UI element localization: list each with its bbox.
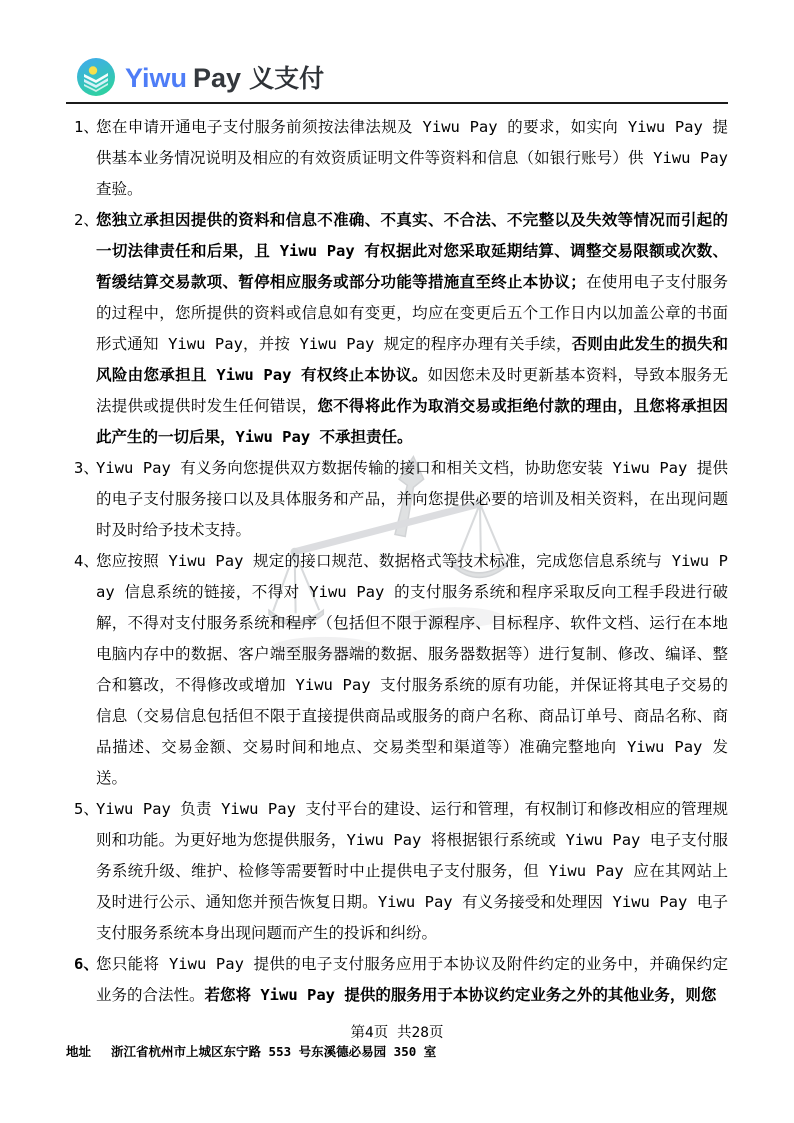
logo-word-yiwu: Yiwu bbox=[125, 63, 187, 94]
list-item: 3、Yiwu Pay 有义务向您提供双方数据传输的接口和相关文档，协助您安装 Y… bbox=[66, 453, 728, 546]
page-header: YiwuPay义支付 bbox=[66, 55, 728, 104]
item-text: Yiwu Pay 负责 Yiwu Pay 支付平台的建设、运行和管理，有权制订和… bbox=[96, 794, 728, 949]
list-item: 6、您只能将 Yiwu Pay 提供的电子支付服务应用于本协议及附件约定的业务中… bbox=[66, 949, 728, 1011]
list-item: 4、您应按照 Yiwu Pay 规定的接口规范、数据格式等技术标准，完成您信息系… bbox=[66, 546, 728, 794]
item-number: 6、 bbox=[66, 949, 96, 980]
text-segment: Yiwu Pay 有义务向您提供双方数据传输的接口和相关文档，协助您安装 Yiw… bbox=[96, 459, 728, 539]
list-item: 1、您在申请开通电子支付服务前须按法律法规及 Yiwu Pay 的要求，如实向 … bbox=[66, 112, 728, 205]
item-number: 1、 bbox=[66, 112, 96, 143]
logo-word-pay: Pay bbox=[193, 63, 241, 94]
yiwupay-logo-icon bbox=[76, 57, 116, 97]
item-number: 2、 bbox=[66, 205, 96, 236]
text-segment-bold: 若您将 Yiwu Pay 提供的服务用于本协议约定业务之外的其他业务，则您 bbox=[205, 986, 717, 1004]
item-text: 您独立承担因提供的资料和信息不准确、不真实、不合法、不完整以及失效等情况而引起的… bbox=[96, 205, 728, 453]
text-segment: 您在申请开通电子支付服务前须按法律法规及 Yiwu Pay 的要求，如实向 Yi… bbox=[96, 118, 728, 198]
item-number: 3、 bbox=[66, 453, 96, 484]
address-text: 浙江省杭州市上城区东宁路 553 号东溪德必易园 350 室 bbox=[111, 1044, 436, 1059]
page-number: 第4页 共28页 bbox=[0, 1021, 794, 1042]
terms-list: 1、您在申请开通电子支付服务前须按法律法规及 Yiwu Pay 的要求，如实向 … bbox=[66, 112, 728, 1011]
text-segment: Yiwu Pay 负责 Yiwu Pay 支付平台的建设、运行和管理，有权制订和… bbox=[96, 800, 728, 942]
address-line: 地址浙江省杭州市上城区东宁路 553 号东溪德必易园 350 室 bbox=[66, 1042, 436, 1060]
logo-word-chinese: 义支付 bbox=[249, 59, 324, 95]
item-number: 5、 bbox=[66, 794, 96, 825]
logo-wordmark: YiwuPay义支付 bbox=[125, 59, 324, 95]
list-item: 5、Yiwu Pay 负责 Yiwu Pay 支付平台的建设、运行和管理，有权制… bbox=[66, 794, 728, 949]
document-page: YiwuPay义支付 bbox=[0, 0, 794, 1123]
item-number: 4、 bbox=[66, 546, 96, 577]
list-item: 2、您独立承担因提供的资料和信息不准确、不真实、不合法、不完整以及失效等情况而引… bbox=[66, 205, 728, 453]
yiwupay-logo: YiwuPay义支付 bbox=[66, 55, 728, 99]
item-text: 您应按照 Yiwu Pay 规定的接口规范、数据格式等技术标准，完成您信息系统与… bbox=[96, 546, 728, 794]
address-label: 地址 bbox=[66, 1044, 91, 1059]
item-text: 您只能将 Yiwu Pay 提供的电子支付服务应用于本协议及附件约定的业务中，并… bbox=[96, 949, 728, 1011]
item-text: 您在申请开通电子支付服务前须按法律法规及 Yiwu Pay 的要求，如实向 Yi… bbox=[96, 112, 728, 205]
item-text: Yiwu Pay 有义务向您提供双方数据传输的接口和相关文档，协助您安装 Yiw… bbox=[96, 453, 728, 546]
text-segment: 您应按照 Yiwu Pay 规定的接口规范、数据格式等技术标准，完成您信息系统与… bbox=[96, 552, 728, 787]
header-divider bbox=[66, 102, 728, 104]
